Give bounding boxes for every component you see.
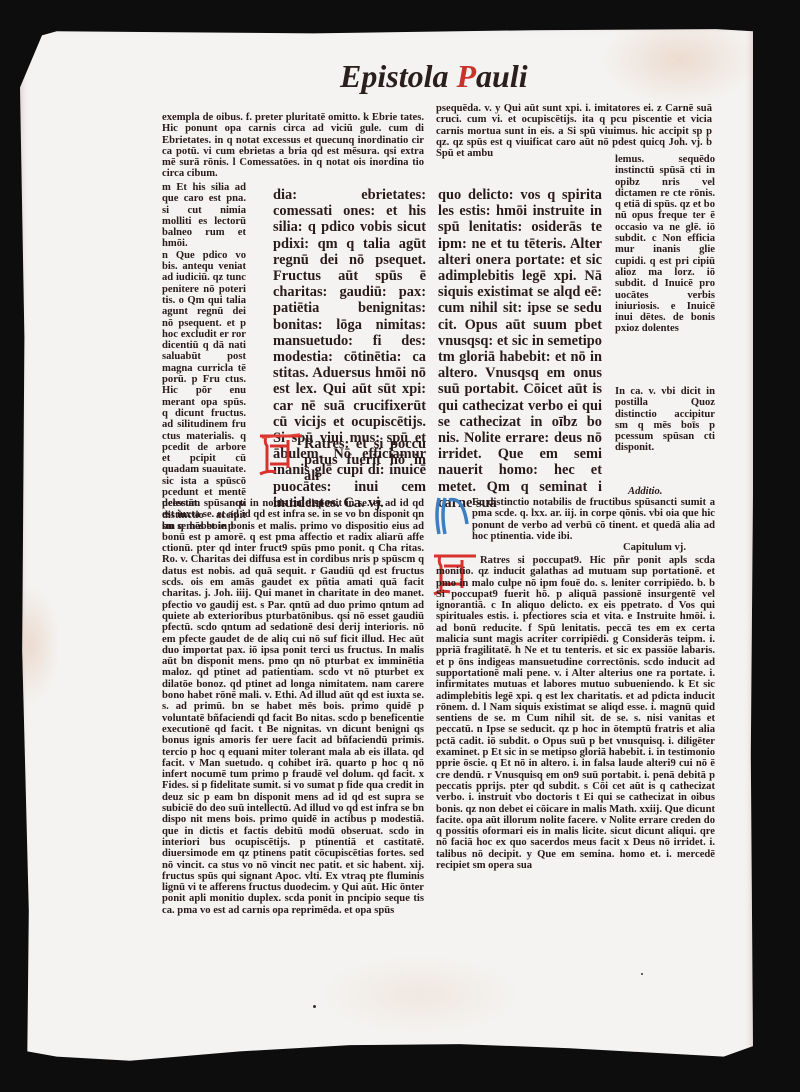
lower-left-gloss: pcessum spūsancti in nobis bn disponit i… <box>162 498 424 916</box>
main-text-right: quo delicto: vos q spirita les estis: hm… <box>438 187 602 511</box>
capitulum-label: Capitulum vj. <box>623 542 713 553</box>
top-gloss-left: exempla de oibus. f. preter pluritatē om… <box>162 112 424 180</box>
paper-stain <box>320 955 520 1035</box>
red-drop-capital-f <box>258 432 304 476</box>
blue-drop-capital-h <box>433 494 473 538</box>
paper-stain <box>0 585 60 705</box>
right-margin-note: In ca. v. vbi dicit in postilla Quoz dis… <box>615 386 715 454</box>
lower-right-gloss-top: Ec distinctio notabilis de fructibus spū… <box>472 497 715 542</box>
right-margin-gloss: lemus. sequēdo instinctū spūsā cti in op… <box>615 154 715 335</box>
paper-stain <box>600 15 760 105</box>
paper-speck <box>313 1005 316 1008</box>
left-margin-gloss: m Et his silia ad que caro est pna. si c… <box>162 182 246 532</box>
main-text-left-after-drop: Ratres: et si poccu patus fuerit hō in a… <box>304 436 426 485</box>
top-gloss-right: psequēda. v. y Qui aūt sunt xpi. i. imit… <box>436 103 712 159</box>
paper-speck <box>641 973 643 975</box>
page-heading: Epistola Pauli <box>340 58 528 95</box>
lower-right-gloss: Ratres si poccupat9. Hic pñr ponit apls … <box>436 555 715 871</box>
additio-label: Additio. <box>628 486 708 497</box>
